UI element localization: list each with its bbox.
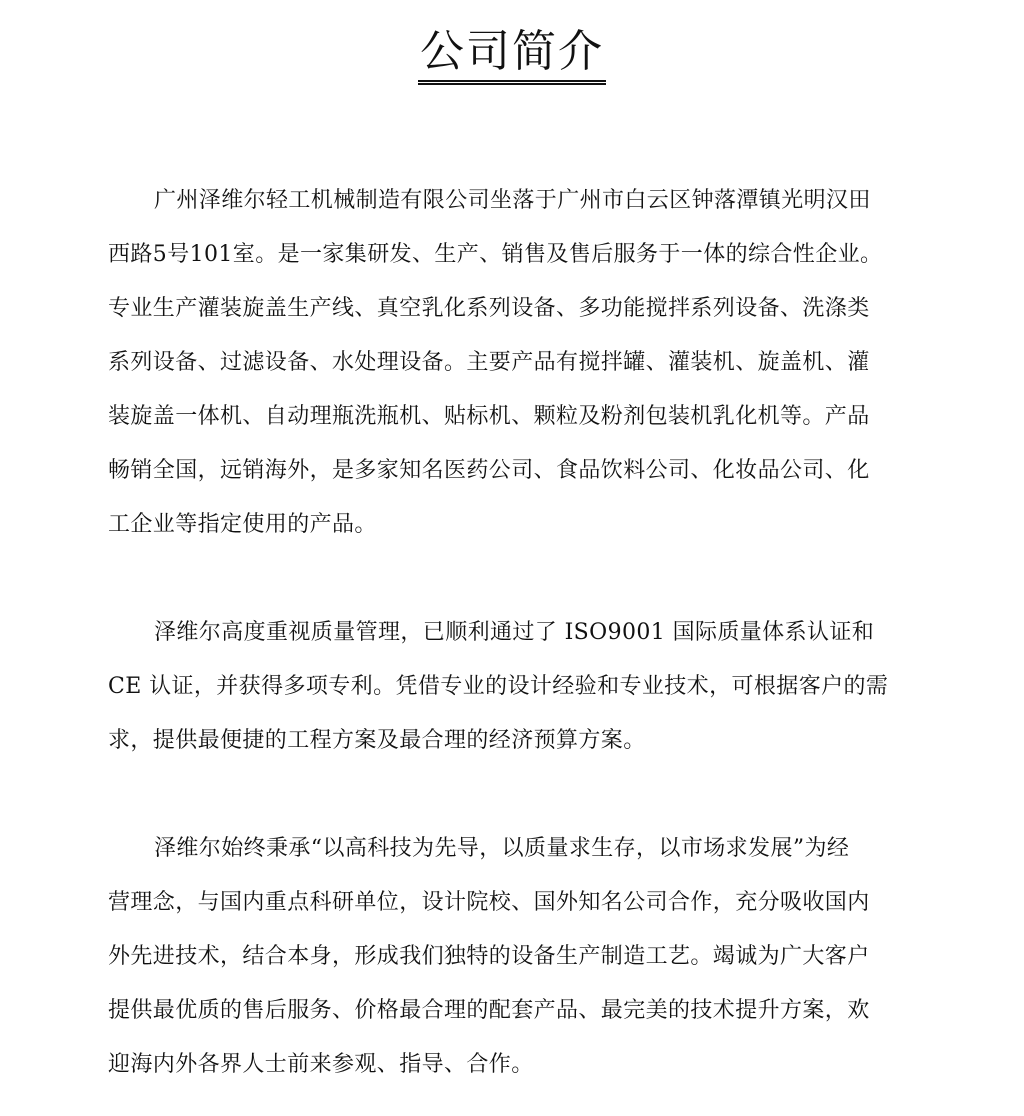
- text-line: 畅销全国，远销海外，是多家知名医药公司、食品饮料公司、化妆品公司、化: [108, 453, 882, 507]
- text-line: 泽维尔高度重视质量管理，已顺利通过了 ISO9001 国际质量体系认证和: [108, 615, 888, 669]
- text-line: 装旋盖一体机、自动理瓶洗瓶机、贴标机、颗粒及粉剂包装机乳化机等。产品: [108, 399, 882, 453]
- text-line: 提供最优质的售后服务、价格最合理的配套产品、最完美的技术提升方案，欢: [108, 993, 870, 1047]
- text-line: 求，提供最便捷的工程方案及最合理的经济预算方案。: [108, 723, 888, 777]
- paragraph-company-overview: 广州泽维尔轻工机械制造有限公司坐落于广州市白云区钟落潭镇光明汉田 西路5号101…: [108, 183, 882, 561]
- text-line: 西路5号101室。是一家集研发、生产、销售及售后服务于一体的综合性企业。: [108, 237, 882, 291]
- text-line: CE 认证，并获得多项专利。凭借专业的设计经验和专业技术，可根据客户的需: [108, 669, 888, 723]
- paragraph-business-philosophy: 泽维尔始终秉承“以高科技为先导，以质量求生存，以市场求发展”为经 营理念，与国内…: [108, 831, 870, 1101]
- text-line: 专业生产灌装旋盖生产线、真空乳化系列设备、多功能搅拌系列设备、洗涤类: [108, 291, 882, 345]
- text-line: 迎海内外各界人士前来参观、指导、合作。: [108, 1047, 870, 1101]
- paragraph-quality-management: 泽维尔高度重视质量管理，已顺利通过了 ISO9001 国际质量体系认证和 CE …: [108, 615, 888, 777]
- text-line: 外先进技术，结合本身，形成我们独特的设备生产制造工艺。竭诚为广大客户: [108, 939, 870, 993]
- text-line: 营理念，与国内重点科研单位，设计院校、国外知名公司合作，充分吸收国内: [108, 885, 870, 939]
- text-line: 工企业等指定使用的产品。: [108, 507, 882, 561]
- text-line: 广州泽维尔轻工机械制造有限公司坐落于广州市白云区钟落潭镇光明汉田: [108, 183, 882, 237]
- text-line: 系列设备、过滤设备、水处理设备。主要产品有搅拌罐、灌装机、旋盖机、灌: [108, 345, 882, 399]
- title-container: 公司简介: [0, 26, 1024, 85]
- text-line: 泽维尔始终秉承“以高科技为先导，以质量求生存，以市场求发展”为经: [108, 831, 870, 885]
- page-title: 公司简介: [418, 26, 606, 85]
